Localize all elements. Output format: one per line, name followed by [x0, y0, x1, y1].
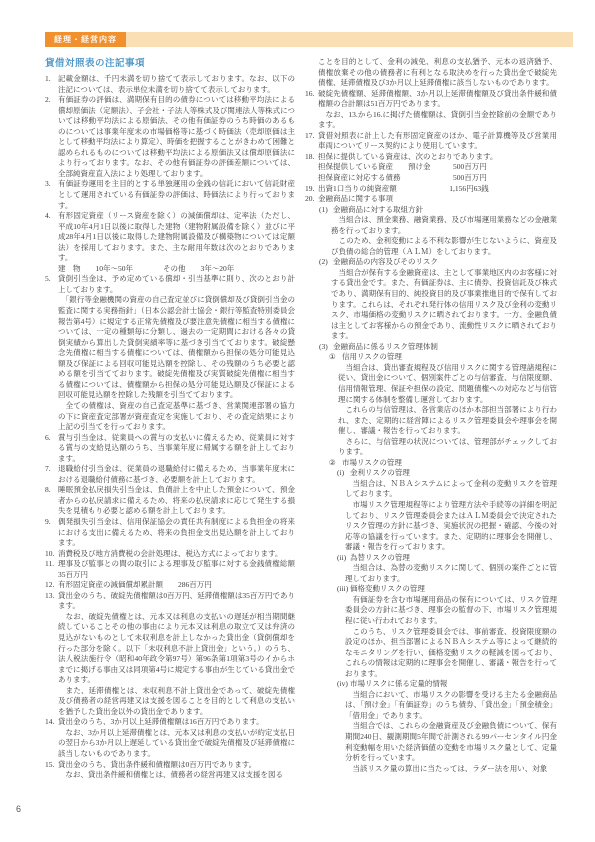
item-text: このため、金利変動による不利な影響が生じないように、資産及び負債の総合的管理（Ａ…: [331, 236, 557, 256]
item-label: 16.: [305, 89, 314, 100]
item-label: (i): [337, 468, 344, 479]
list-item: 1.記載金額は、千円未満を切り捨てて表示しております。なお、以下の注記については…: [45, 74, 295, 95]
paragraph: 当組合は、ＮＢＡシステムによって金利の変動リスクを管理しております。: [305, 479, 557, 500]
item-text: 賞与引当金は、従業員への賞与の支払いに備えるため、従業員に対する賞与の支給見込額…: [58, 433, 295, 463]
right-column: ことを目的として、金利の減免、利息の支払猶予、元本の返済猶予、債権放棄その他の債…: [305, 57, 557, 774]
item-label: (1): [319, 205, 328, 216]
paragraph: ことを目的として、金利の減免、利息の支払猶予、元本の返済猶予、債権放棄その他の債…: [305, 57, 557, 89]
item-label: 7.: [45, 464, 51, 475]
item-label: (iii): [337, 584, 348, 595]
item-text: なお、貸出条件緩和債権とは、債務者の経営再建又は支援を図る: [58, 770, 283, 779]
item-text: 信用リスクの管理: [342, 352, 402, 361]
list-item: 9.偶発損失引当金は、信用保証協会の責任共有制度による負担金の将来における支出に…: [45, 517, 295, 549]
item-text: 有価証券の評価は、満期保有目的の債券については移動平均法による償却原価法（定額法…: [58, 95, 295, 178]
item-text: 有形固定資産（リース資産を除く）の減価償却は、定率法（ただし、平成10年4月1日…: [58, 211, 295, 262]
list-item: (ii)為替リスクの管理: [305, 553, 557, 564]
item-text: 睡眠預金払戻損失引当金は、負債計上を中止した預金について、預金者からの払戻請求に…: [58, 485, 295, 515]
item-text: 当組合は、ＮＢＡシステムによって金利の変動リスクを管理しております。: [345, 479, 557, 499]
item-text: 有価証券運用を主目的とする単独運用の金銭の信託において信託財産として運用されてい…: [58, 179, 295, 209]
list-item: 8.睡眠預金払戻損失引当金は、負債計上を中止した預金について、預金者からの払戻請…: [45, 485, 295, 517]
item-label: (iv): [337, 679, 348, 690]
paragraph: なお、貸出条件緩和債権とは、債務者の経営再建又は支援を図る: [45, 770, 295, 781]
item-text: 当組合が保有する金融資産は、主として事業地区内のお客様に対する貸出金です。また、…: [331, 268, 557, 340]
item-text: これらの与信管理は、各営業店のほか本部担当部署により行われ、また、定期的に経営陣…: [338, 405, 557, 435]
list-item: (iii)価格変動リスクの管理: [305, 584, 557, 595]
paragraph: 建 物 10年～50年 その他 3年～20年: [45, 264, 295, 275]
item-text: 消費税及び地方消費税の会計処理は、税込方式によっております。: [58, 549, 282, 558]
item-text: 有形固定資産の減価償却累計額 286百万円: [58, 580, 212, 589]
item-text: 担保資産に対応する債務 500百万円: [318, 173, 487, 182]
item-text: 退職給付引当金は、従業員の退職給付に備えるため、当事業年度末における退職給付債務…: [58, 464, 295, 484]
item-label: (3): [319, 342, 328, 353]
item-text: 有価証券を含む市場運用商品の保有については、リスク管理委員会の方針に基づき、理事…: [345, 595, 557, 625]
item-text: 建 物 10年～50年 その他 3年～20年: [58, 264, 234, 273]
list-item: (iv)市場リスクに係る定量的情報: [305, 679, 557, 690]
item-text: 貸出金のうち、破綻先債権額は0百万円、延滞債権額は35百万円であります。: [58, 591, 295, 611]
item-label: 18.: [305, 152, 314, 163]
paragraph: 当組合が保有する金融資産は、主として事業地区内のお客様に対する貸出金です。また、…: [305, 268, 557, 342]
paragraph: なお、破綻先債権とは、元本又は利息の支払いの遅延が相当期間継続していることその他…: [45, 612, 295, 686]
item-text: 偶発損失引当金は、信用保証協会の責任共有制度による負担金の将来における支出に備え…: [58, 517, 295, 547]
item-label: 11.: [45, 559, 54, 570]
paragraph: また、延滞債権とは、未収利息不計上貸出金であって、破綻先債権及び債務者の経営再建…: [45, 686, 295, 718]
section-label: 経理・経営内容: [45, 32, 126, 47]
list-item: 16.破綻先債権額、延滞債権額、3か月以上延滞債権額及び貸出条件緩和債権額の合計…: [305, 89, 557, 110]
item-text: 全ての債権は、資産の自己査定基準に基づき、営業関連部署の協力の下に資産査定部署が…: [58, 401, 295, 431]
list-item: (3)金融商品に係るリスク管理体制: [305, 342, 557, 353]
list-item: 14.貸出金のうち、3か月以上延滞債権額は16百万円であります。: [45, 717, 295, 728]
paragraph: 当組合は、為替の変動リスクに関して、個別の案件ごとに管理しております。: [305, 563, 557, 584]
item-label: 6.: [45, 433, 51, 444]
list-item: 4.有形固定資産（リース資産を除く）の減価償却は、定率法（ただし、平成10年4月…: [45, 211, 295, 264]
item-text: 金融商品に関する事項: [318, 194, 393, 203]
paragraph: 当該リスク量の算出に当たっては、ラダー法を用い、対象: [305, 764, 557, 775]
item-label: 1.: [45, 74, 51, 85]
item-label: 20.: [305, 194, 314, 205]
list-item: 18.担保に提供している資産は、次のとおりであります。: [305, 152, 557, 163]
section-header-bar: 経理・経営内容: [45, 32, 573, 47]
list-item: 13.貸出金のうち、破綻先債権額は0百万円、延滞債権額は35百万円であります。: [45, 591, 295, 612]
item-text: 為替リスクの管理: [350, 553, 410, 562]
paragraph: このうち、リスク管理委員会では、事前審査、投資限度額の設定のほか、担当部署による…: [305, 627, 557, 680]
item-text: 記載金額は、千円未満を切り捨てて表示しております。なお、以下の注記については、表…: [58, 74, 295, 94]
paragraph: 当組合では、これらの金融資産及び金融負債について、保有期間240日、観測期間5年…: [305, 721, 557, 763]
paragraph: このため、金利変動による不利な影響が生じないように、資産及び負債の総合的管理（Ａ…: [305, 236, 557, 257]
item-label: 12.: [45, 580, 54, 591]
item-label: 9.: [45, 517, 51, 528]
paragraph: 当組合は、貸出審査規程及び信用リスクに関する管理諸規程に従い、貸出金について、個…: [305, 363, 557, 405]
list-item: ①信用リスクの管理: [305, 352, 557, 363]
paragraph: 当組合において、市場リスクの影響を受ける主たる金融商品は、「預け金」「有価証券」…: [305, 690, 557, 722]
item-text: 「銀行等金融機関の資産の自己査定並びに貸倒償却及び貸倒引当金の監査に関する実務指…: [58, 295, 295, 399]
paragraph: 担保資産に対応する債務 500百万円: [305, 173, 557, 184]
list-item: ②市場リスクの管理: [305, 458, 557, 469]
item-text: 当組合において、市場リスクの影響を受ける主たる金融商品は、「預け金」「有価証券」…: [345, 690, 557, 720]
paragraph: さらに、与信管理の状況については、管理部がチェックしております。: [305, 437, 557, 458]
list-item: 17.貸借対照表に計上した有形固定資産のほか、電子計算機等及び営業用車両について…: [305, 131, 557, 152]
item-label: 4.: [45, 211, 51, 222]
item-text: 担保提供している資産 預け金 500百万円: [318, 162, 487, 171]
item-text: 当組合は、為替の変動リスクに関して、個別の案件ごとに管理しております。: [345, 563, 557, 583]
paragraph: 有価証券を含む市場運用商品の保有については、リスク管理委員会の方針に基づき、理事…: [305, 595, 557, 627]
item-label: (ii): [337, 553, 346, 564]
list-item: 7.退職給付引当金は、従業員の退職給付に備えるため、当事業年度末における退職給付…: [45, 464, 295, 485]
item-text: 出資1口当りの純資産額 1,156円63銭: [318, 184, 489, 193]
item-text: なお、破綻先債権とは、元本又は利息の支払いの遅延が相当期間継続していることその他…: [58, 612, 295, 684]
item-label: 5.: [45, 274, 51, 285]
item-text: 価格変動リスクの管理: [350, 584, 425, 593]
item-label: 13.: [45, 591, 54, 602]
item-text: 破綻先債権額、延滞債権額、3か月以上延滞債権額及び貸出条件緩和債権額の合計額は5…: [318, 89, 557, 109]
list-item: 19.出資1口当りの純資産額 1,156円63銭: [305, 184, 557, 195]
item-text: 当組合は、預金業務、融資業務、及び市場運用業務などの金融業務を行っております。: [331, 215, 557, 235]
item-text: 当組合では、これらの金融資産及び金融負債について、保有期間240日、観測期間5年…: [345, 721, 557, 762]
item-label: 19.: [305, 184, 314, 195]
item-label: ①: [329, 352, 336, 363]
list-item: (2)金融商品の内容及びそのリスク: [305, 257, 557, 268]
list-item: 15.貸出金のうち、貸出条件緩和債権額は0百万円であります。: [45, 760, 295, 771]
item-text: なお、13.から16.に掲げた債権額は、貸倒引当金控除前の金額であります。: [318, 110, 557, 130]
list-item: 20.金融商品に関する事項: [305, 194, 557, 205]
page-title: 貸借対照表の注記事項: [45, 55, 145, 69]
item-text: 市場リスクの管理: [342, 458, 402, 467]
paragraph: 当組合は、預金業務、融資業務、及び市場運用業務などの金融業務を行っております。: [305, 215, 557, 236]
item-label: 2.: [45, 95, 51, 106]
item-label: 17.: [305, 131, 314, 142]
paragraph: 全ての債権は、資産の自己査定基準に基づき、営業関連部署の協力の下に資産査定部署が…: [45, 401, 295, 433]
item-text: 金融商品に対する取組方針: [333, 205, 423, 214]
item-text: ことを目的として、金利の減免、利息の支払猶予、元本の返済猶予、債権放棄その他の債…: [318, 57, 557, 87]
item-label: (2): [319, 257, 328, 268]
list-item: 2.有価証券の評価は、満期保有目的の債券については移動平均法による償却原価法（定…: [45, 95, 295, 179]
item-text: 貸出金のうち、3か月以上延滞債権額は16百万円であります。: [58, 717, 264, 726]
item-label: 3.: [45, 179, 51, 190]
item-text: 貸借対照表に計上した有形固定資産のほか、電子計算機等及び営業用車両についてリース…: [318, 131, 557, 151]
item-text: 担保に提供している資産は、次のとおりであります。: [318, 152, 497, 161]
item-text: さらに、与信管理の状況については、管理部がチェックしております。: [338, 437, 557, 457]
item-text: なお、3か月以上延滞債権とは、元本又は利息の支払いが約定支払日の翌日から3か月以…: [58, 728, 295, 758]
page-number: 6: [16, 804, 21, 814]
paragraph: これらの与信管理は、各営業店のほか本部担当部署により行われ、また、定期的に経営陣…: [305, 405, 557, 437]
item-text: 当組合は、貸出審査規程及び信用リスクに関する管理諸規程に従い、貸出金について、個…: [338, 363, 557, 404]
paragraph: 市場リスク管理規程等により管理方法や手続等の詳細を明記しており、リスク管理委員会…: [305, 500, 557, 553]
item-text: 金融商品に係るリスク管理体制: [333, 342, 438, 351]
list-item: 10.消費税及び地方消費税の会計処理は、税込方式によっております。: [45, 549, 295, 560]
list-item: 3.有価証券運用を主目的とする単独運用の金銭の信託において信託財産として運用され…: [45, 179, 295, 211]
item-text: 市場リスクに係る定量的情報: [350, 679, 447, 688]
item-text: また、延滞債権とは、未収利息不計上貸出金であって、破綻先債権及び債務者の経営再建…: [58, 686, 295, 716]
paragraph: なお、3か月以上延滞債権とは、元本又は利息の支払いが約定支払日の翌日から3か月以…: [45, 728, 295, 760]
item-label: 14.: [45, 717, 54, 728]
item-text: 貸出金のうち、貸出条件緩和債権額は0百万円であります。: [58, 760, 256, 769]
left-column: 1.記載金額は、千円未満を切り捨てて表示しております。なお、以下の注記については…: [45, 74, 295, 781]
list-item: (1)金融商品に対する取組方針: [305, 205, 557, 216]
list-item: 5.貸倒引当金は、予め定めている償却・引当基準に則り、次のとおり計上しております…: [45, 274, 295, 295]
item-text: このうち、リスク管理委員会では、事前審査、投資限度額の設定のほか、担当部署による…: [345, 627, 557, 678]
item-text: 金融商品の内容及びそのリスク: [333, 257, 438, 266]
item-label: 8.: [45, 485, 51, 496]
item-label: ②: [329, 458, 336, 469]
list-item: (i)金利リスクの管理: [305, 468, 557, 479]
item-text: 貸倒引当金は、予め定めている償却・引当基準に則り、次のとおり計上しております。: [58, 274, 295, 294]
item-text: 市場リスク管理規程等により管理方法や手続等の詳細を明記しており、リスク管理委員会…: [345, 500, 557, 551]
item-text: 当該リスク量の算出に当たっては、ラダー法を用い、対象: [345, 764, 547, 773]
document-page: 経理・経営内容 貸借対照表の注記事項 1.記載金額は、千円未満を切り捨てて表示し…: [0, 0, 595, 842]
item-text: 金利リスクの管理: [350, 468, 410, 477]
item-text: 理事及び監事との間の取引による理事及び監事に対する金銭債権総額 35百万円: [58, 559, 310, 579]
item-label: 15.: [45, 760, 54, 771]
list-item: 6.賞与引当金は、従業員への賞与の支払いに備えるため、従業員に対する賞与の支給見…: [45, 433, 295, 465]
paragraph: なお、13.から16.に掲げた債権額は、貸倒引当金控除前の金額であります。: [305, 110, 557, 131]
paragraph: 「銀行等金融機関の資産の自己査定並びに貸倒償却及び貸倒引当金の監査に関する実務指…: [45, 295, 295, 400]
paragraph: 担保提供している資産 預け金 500百万円: [305, 162, 557, 173]
item-label: 10.: [45, 549, 54, 560]
list-item: 11.理事及び監事との間の取引による理事及び監事に対する金銭債権総額 35百万円: [45, 559, 295, 580]
list-item: 12.有形固定資産の減価償却累計額 286百万円: [45, 580, 295, 591]
